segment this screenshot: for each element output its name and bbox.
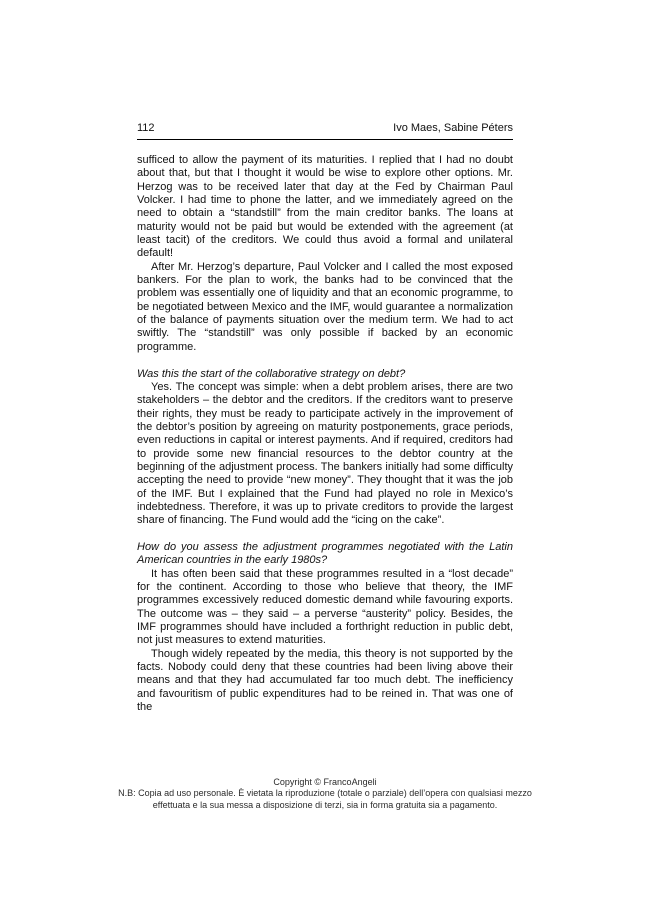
running-head-authors: Ivo Maes, Sabine Péters [393, 122, 513, 135]
interview-question: Was this the start of the collaborative … [137, 368, 513, 381]
running-head: 112 Ivo Maes, Sabine Péters [137, 122, 513, 140]
page-number: 112 [137, 122, 155, 135]
body-paragraph: Yes. The concept was simple: when a debt… [137, 381, 513, 528]
body-paragraph: Though widely repeated by the media, thi… [137, 648, 513, 715]
body-paragraph: sufficed to allow the payment of its mat… [137, 154, 513, 261]
body-paragraph: After Mr. Herzog’s departure, Paul Volck… [137, 261, 513, 354]
text-column: 112 Ivo Maes, Sabine Péters sufficed to … [137, 122, 513, 714]
body-text: sufficed to allow the payment of its mat… [137, 154, 513, 714]
body-paragraph: It has often been said that these progra… [137, 568, 513, 648]
copyright-footer: Copyright © FrancoAngeli N.B: Copia ad u… [118, 777, 532, 811]
book-page: 112 Ivo Maes, Sabine Péters sufficed to … [0, 0, 650, 920]
interview-question: How do you assess the adjustment program… [137, 541, 513, 568]
copyright-line: Copyright © FrancoAngeli [118, 777, 532, 788]
copyright-notice: N.B: Copia ad uso personale. È vietata l… [118, 788, 532, 811]
